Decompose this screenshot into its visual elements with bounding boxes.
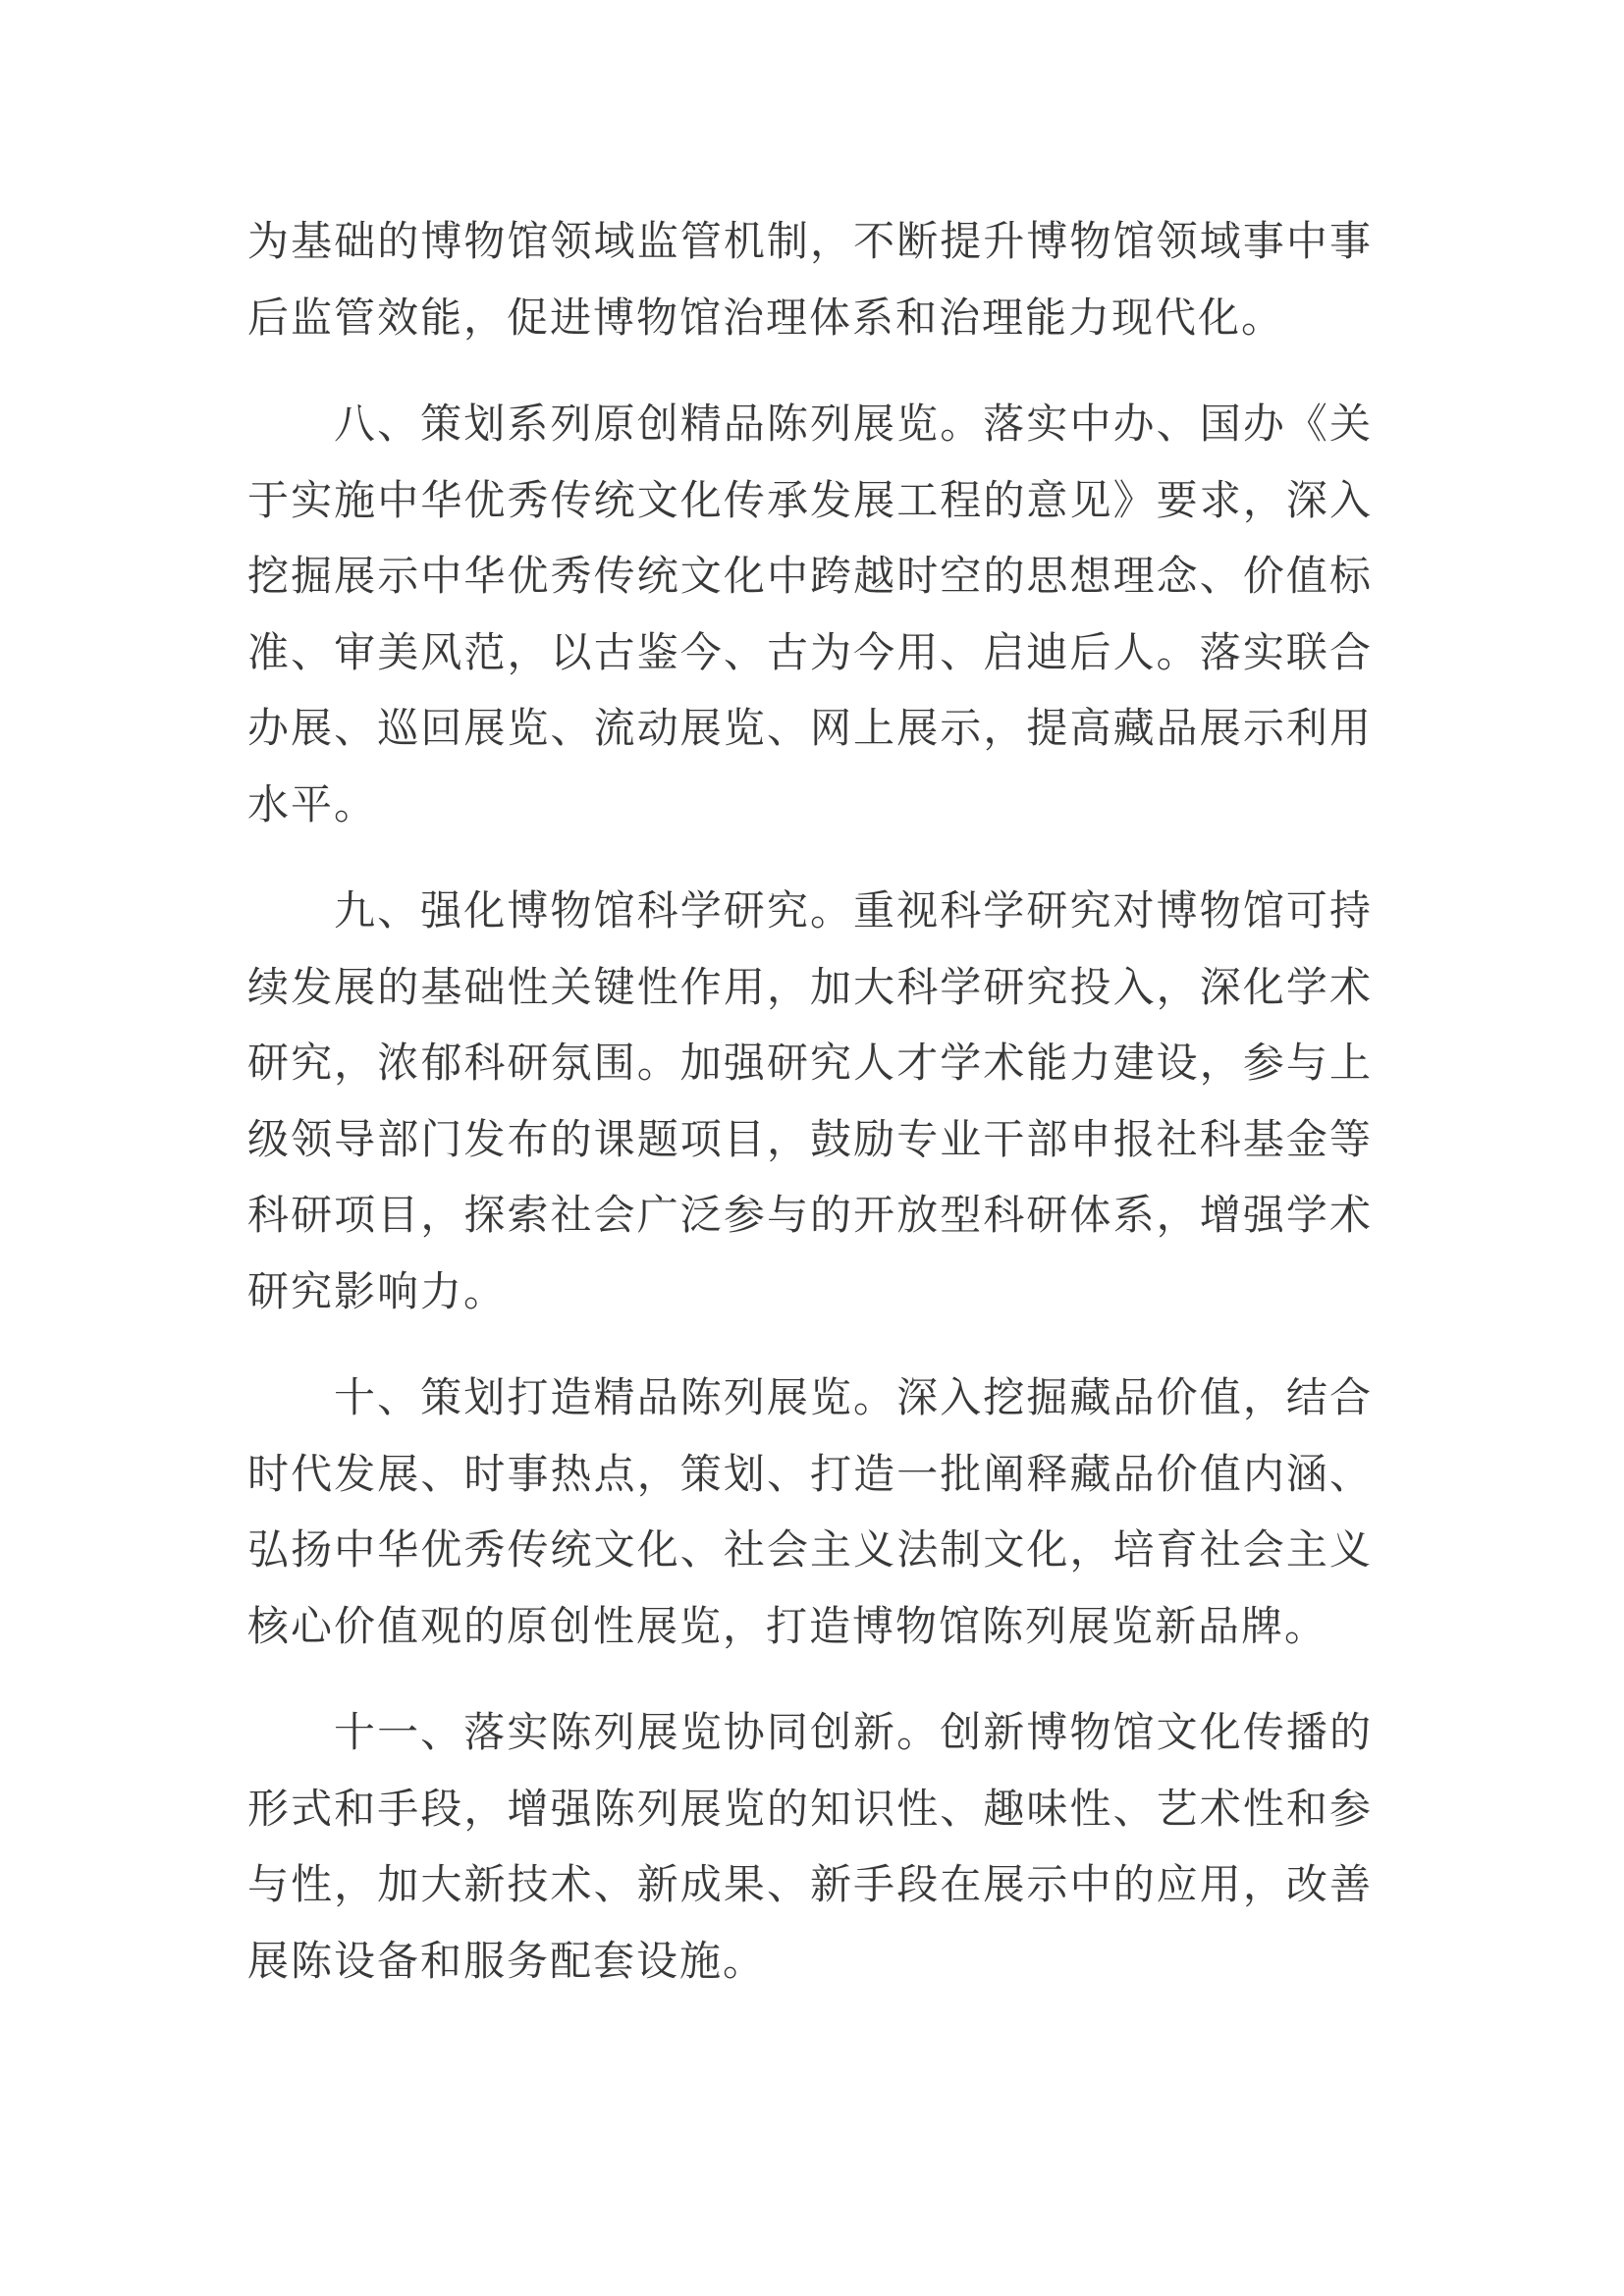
- paragraph-section-10: 十、策划打造精品陈列展览。深入挖掘藏品价值，结合时代发展、时事热点，策划、打造一…: [247, 1362, 1373, 1666]
- document-page: 为基础的博物馆领域监管机制，不断提升博物馆领域事中事后监管效能，促进博物馆治理体…: [0, 0, 1624, 2296]
- paragraph-section-8: 八、策划系列原创精品陈列展览。落实中办、国办《关于实施中华优秀传统文化传承发展工…: [247, 388, 1373, 844]
- paragraph-section-9: 九、强化博物馆科学研究。重视科学研究对博物馆可持续发展的基础性关键性作用，加大科…: [247, 875, 1373, 1331]
- paragraph-continuation: 为基础的博物馆领域监管机制，不断提升博物馆领域事中事后监管效能，促进博物馆治理体…: [247, 205, 1373, 357]
- paragraph-section-11: 十一、落实陈列展览协同创新。创新博物馆文化传播的形式和手段，增强陈列展览的知识性…: [247, 1696, 1373, 2001]
- document-body: 为基础的博物馆领域监管机制，不断提升博物馆领域事中事后监管效能，促进博物馆治理体…: [247, 205, 1373, 2001]
